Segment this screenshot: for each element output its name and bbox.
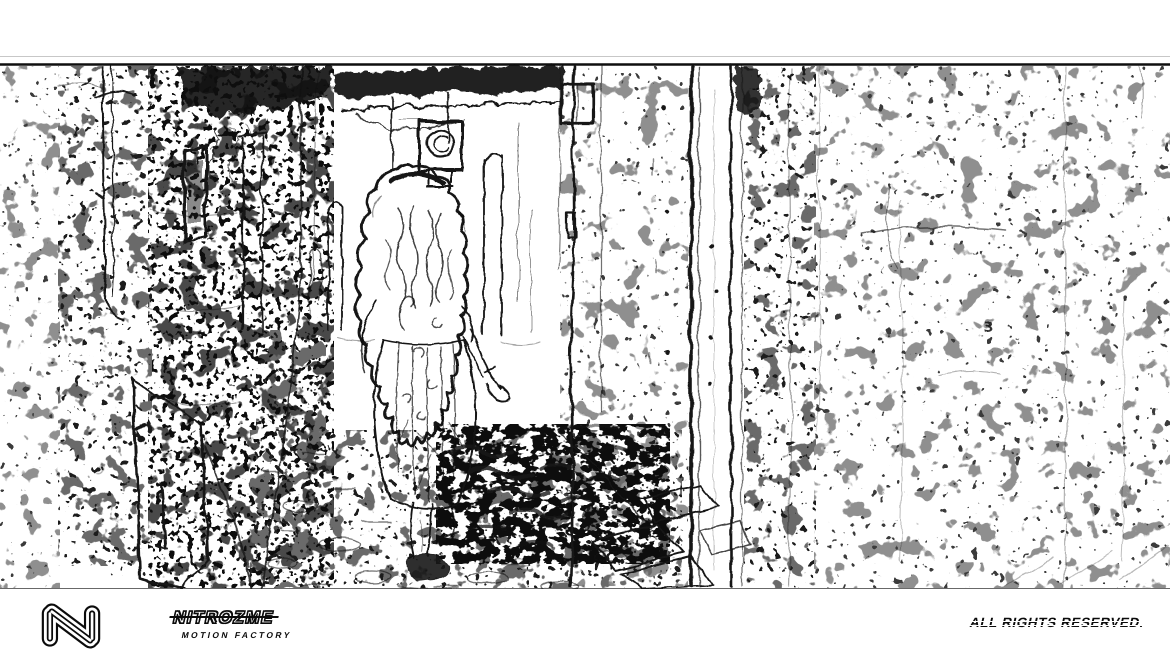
house-number-text: 3 xyxy=(982,317,993,336)
texture-fields xyxy=(0,66,1170,588)
rights-stencil-slit xyxy=(967,625,1146,627)
brand-name: NITROZME xyxy=(172,609,276,626)
brand-strike-line xyxy=(169,616,278,618)
brand-tagline: MOTION FACTORY xyxy=(181,631,293,640)
footer-bar: NITROZME MOTION FACTORY ALL RIGHTS RESER… xyxy=(0,589,1170,658)
rights-stencil-slit xyxy=(968,621,1147,623)
rights-text: ALL RIGHTS RESERVED. xyxy=(968,616,1145,630)
rights-text-label: ALL RIGHTS RESERVED. xyxy=(968,615,1145,630)
sketch-artwork: 3 xyxy=(0,0,1170,658)
n-monogram-logo xyxy=(40,603,102,649)
brand-block: NITROZME MOTION FACTORY xyxy=(169,609,298,640)
video-frame: 3 xyxy=(0,0,1170,658)
